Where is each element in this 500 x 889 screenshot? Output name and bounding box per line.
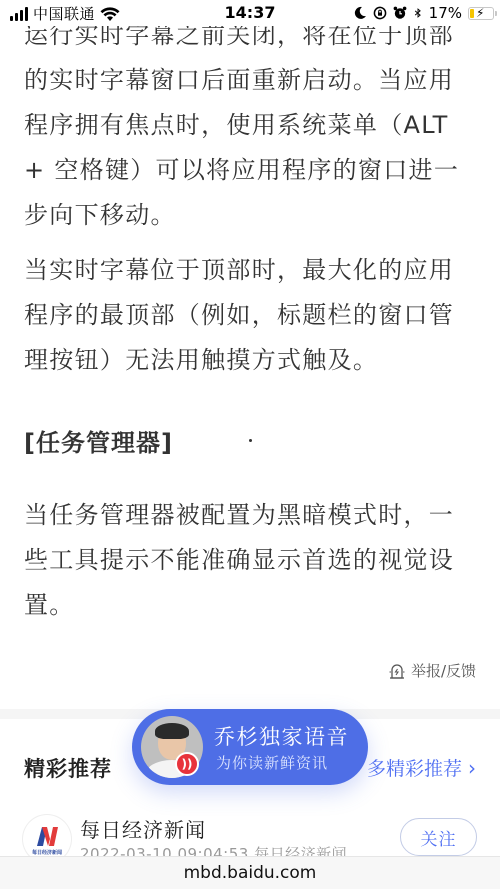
more-recommend-link[interactable]: 多精彩推荐 › xyxy=(367,754,476,781)
paragraph-1: 运行实时字幕之前关闭，将在位于顶部 的实时字幕窗口后面重新启动。当应用 程序拥有… xyxy=(24,13,476,238)
chevron-right-icon: › xyxy=(468,756,476,780)
orientation-lock-icon xyxy=(373,6,387,20)
paragraph-line: 的实时字幕窗口后面重新启动。当应用 xyxy=(24,58,476,103)
paragraph-line: 当实时字幕位于顶部时，最大化的应用 xyxy=(24,248,476,293)
section-heading: [任务管理器] xyxy=(24,423,173,458)
status-right: 17% ⚡ xyxy=(353,4,494,22)
alarm-icon xyxy=(393,6,407,20)
battery-percent: 17% xyxy=(429,4,462,22)
url-bar[interactable]: mbd.baidu.com xyxy=(0,856,500,889)
report-label: 举报/反馈 xyxy=(411,660,476,681)
report-ghost-icon xyxy=(389,663,405,679)
paragraph-line: 程序的最顶部（例如，标题栏的窗口管 xyxy=(24,293,476,338)
voice-promo-subtitle: 为你读新鲜资讯 xyxy=(216,752,328,773)
battery-charging-icon: ⚡ xyxy=(468,7,494,20)
follow-button[interactable]: 关注 xyxy=(400,818,477,856)
author-logo-caption: 每日经济新闻 xyxy=(23,849,71,856)
stray-dot xyxy=(249,439,252,442)
paragraph-line: 当任务管理器被配置为黑暗模式时，一 xyxy=(24,493,476,538)
paragraph-line: 步向下移动。 xyxy=(24,193,476,238)
more-recommend-label: 多精彩推荐 xyxy=(367,754,462,781)
nbd-logo-icon xyxy=(35,825,59,847)
report-feedback-link[interactable]: 举报/反馈 xyxy=(389,660,476,681)
bluetooth-icon xyxy=(413,6,423,20)
voice-promo-pill[interactable]: )) 乔杉独家语音 为你读新鲜资讯 xyxy=(132,709,368,785)
paragraph-line: 理按钮）无法用触摸方式触及。 xyxy=(24,338,476,383)
author-name[interactable]: 每日经济新闻 xyxy=(80,814,206,843)
paragraph-line: 程序拥有焦点时，使用系统菜单（ALT xyxy=(24,103,476,148)
paragraph-line: 些工具提示不能准确显示首选的视觉设 xyxy=(24,538,476,583)
audio-waves-icon: )) xyxy=(175,752,199,776)
paragraph-line: + 空格键）可以将应用程序的窗口进一 xyxy=(24,148,476,193)
voice-promo-title: 乔杉独家语音 xyxy=(214,721,349,751)
url-text: mbd.baidu.com xyxy=(184,863,317,883)
recommend-title: 精彩推荐 xyxy=(24,753,112,783)
paragraph-3: 当任务管理器被配置为黑暗模式时，一 些工具提示不能准确显示首选的视觉设 置。 xyxy=(24,493,476,628)
status-bar: 中国联通 14:37 17% ⚡ xyxy=(0,0,500,26)
paragraph-line: 置。 xyxy=(24,583,476,628)
moon-icon xyxy=(353,6,367,20)
paragraph-2: 当实时字幕位于顶部时，最大化的应用 程序的最顶部（例如，标题栏的窗口管 理按钮）… xyxy=(24,248,476,383)
